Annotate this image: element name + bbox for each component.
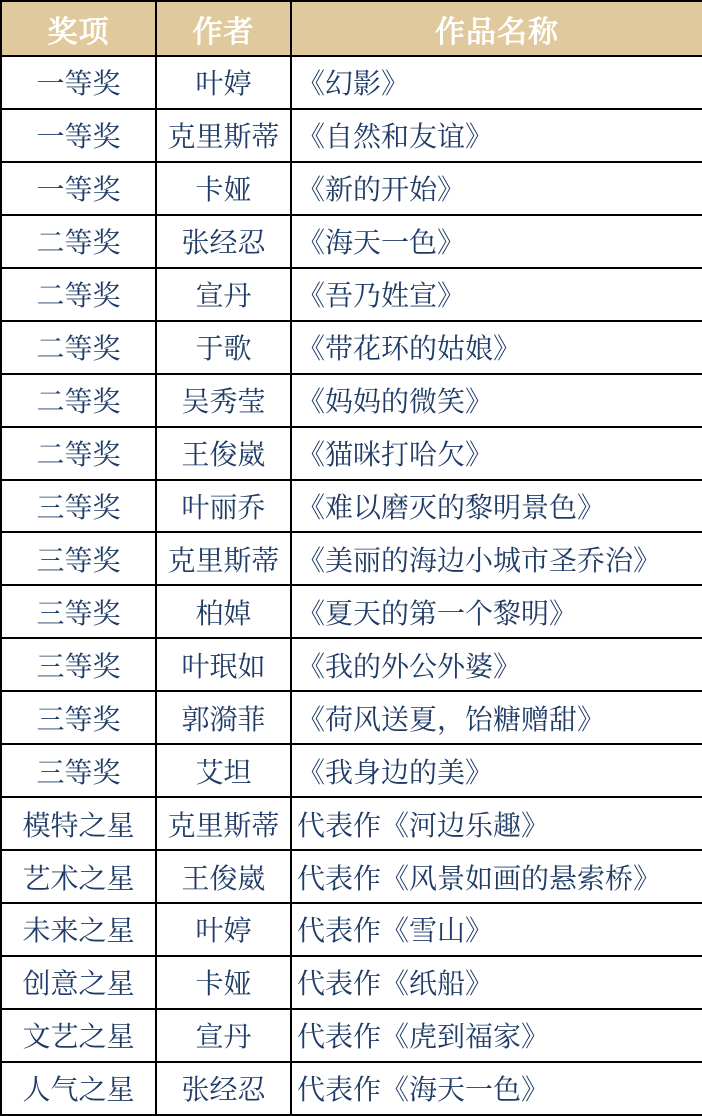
- work-cell: 代表作《河边乐趣》: [291, 797, 702, 850]
- table-row: 一等奖卡娅《新的开始》: [1, 162, 702, 215]
- author-cell: 克里斯蒂: [156, 797, 291, 850]
- document-page: 奖项 作者 作品名称 一等奖叶婷《幻影》一等奖克里斯蒂《自然和友谊》一等奖卡娅《…: [0, 0, 702, 1116]
- award-cell: 二等奖: [1, 215, 156, 268]
- header-cell-work: 作品名称: [291, 1, 702, 56]
- table-row: 二等奖于歌《带花环的姑娘》: [1, 321, 702, 374]
- award-cell: 文艺之星: [1, 1009, 156, 1062]
- award-cell: 三等奖: [1, 585, 156, 638]
- work-cell: 《美丽的海边小城市圣乔治》: [291, 532, 702, 585]
- work-cell: 《带花环的姑娘》: [291, 321, 702, 374]
- table-row: 创意之星卡娅代表作《纸船》: [1, 956, 702, 1009]
- table-row: 艺术之星王俊崴代表作《风景如画的悬索桥》: [1, 850, 702, 903]
- table-row: 三等奖克里斯蒂《美丽的海边小城市圣乔治》: [1, 532, 702, 585]
- author-cell: 柏婥: [156, 585, 291, 638]
- award-cell: 一等奖: [1, 162, 156, 215]
- award-cell: 二等奖: [1, 268, 156, 321]
- award-cell: 三等奖: [1, 532, 156, 585]
- author-cell: 张经忍: [156, 215, 291, 268]
- author-cell: 克里斯蒂: [156, 109, 291, 162]
- work-cell: 《荷风送夏，饴糖赠甜》: [291, 691, 702, 744]
- table-row: 三等奖叶珉如《我的外公外婆》: [1, 638, 702, 691]
- award-cell: 三等奖: [1, 638, 156, 691]
- work-cell: 代表作《雪山》: [291, 903, 702, 956]
- table-row: 一等奖叶婷《幻影》: [1, 56, 702, 109]
- author-cell: 卡娅: [156, 956, 291, 1009]
- header-row: 奖项 作者 作品名称: [1, 1, 702, 56]
- award-cell: 三等奖: [1, 744, 156, 797]
- author-cell: 卡娅: [156, 162, 291, 215]
- award-cell: 三等奖: [1, 480, 156, 533]
- work-cell: 《我身边的美》: [291, 744, 702, 797]
- table-row: 二等奖张经忍《海天一色》: [1, 215, 702, 268]
- table-row: 人气之星张经忍代表作《海天一色》: [1, 1062, 702, 1115]
- table-row: 二等奖吴秀莹《妈妈的微笑》: [1, 374, 702, 427]
- author-cell: 宣丹: [156, 268, 291, 321]
- awards-table: 奖项 作者 作品名称 一等奖叶婷《幻影》一等奖克里斯蒂《自然和友谊》一等奖卡娅《…: [0, 0, 702, 1116]
- table-row: 一等奖克里斯蒂《自然和友谊》: [1, 109, 702, 162]
- work-cell: 代表作《纸船》: [291, 956, 702, 1009]
- author-cell: 于歌: [156, 321, 291, 374]
- work-cell: 《幻影》: [291, 56, 702, 109]
- award-cell: 未来之星: [1, 903, 156, 956]
- author-cell: 叶婷: [156, 56, 291, 109]
- author-cell: 张经忍: [156, 1062, 291, 1115]
- award-cell: 一等奖: [1, 56, 156, 109]
- author-cell: 王俊崴: [156, 850, 291, 903]
- work-cell: 《难以磨灭的黎明景色》: [291, 480, 702, 533]
- header-cell-author: 作者: [156, 1, 291, 56]
- header-cell-award: 奖项: [1, 1, 156, 56]
- work-cell: 《海天一色》: [291, 215, 702, 268]
- work-cell: 《猫咪打哈欠》: [291, 427, 702, 480]
- author-cell: 王俊崴: [156, 427, 291, 480]
- work-cell: 《新的开始》: [291, 162, 702, 215]
- work-cell: 代表作《风景如画的悬索桥》: [291, 850, 702, 903]
- table-row: 三等奖柏婥《夏天的第一个黎明》: [1, 585, 702, 638]
- award-cell: 人气之星: [1, 1062, 156, 1115]
- award-cell: 创意之星: [1, 956, 156, 1009]
- work-cell: 《妈妈的微笑》: [291, 374, 702, 427]
- table-row: 二等奖王俊崴《猫咪打哈欠》: [1, 427, 702, 480]
- work-cell: 代表作《海天一色》: [291, 1062, 702, 1115]
- table-row: 三等奖郭漪菲《荷风送夏，饴糖赠甜》: [1, 691, 702, 744]
- author-cell: 叶丽乔: [156, 480, 291, 533]
- award-cell: 二等奖: [1, 321, 156, 374]
- table-row: 三等奖叶丽乔《难以磨灭的黎明景色》: [1, 480, 702, 533]
- table-row: 二等奖宣丹《吾乃姓宣》: [1, 268, 702, 321]
- award-cell: 艺术之星: [1, 850, 156, 903]
- work-cell: 《吾乃姓宣》: [291, 268, 702, 321]
- work-cell: 《夏天的第一个黎明》: [291, 585, 702, 638]
- author-cell: 叶婷: [156, 903, 291, 956]
- author-cell: 宣丹: [156, 1009, 291, 1062]
- table-body: 一等奖叶婷《幻影》一等奖克里斯蒂《自然和友谊》一等奖卡娅《新的开始》二等奖张经忍…: [1, 56, 702, 1115]
- table-header: 奖项 作者 作品名称: [1, 1, 702, 56]
- table-row: 未来之星叶婷代表作《雪山》: [1, 903, 702, 956]
- award-cell: 二等奖: [1, 374, 156, 427]
- work-cell: 《我的外公外婆》: [291, 638, 702, 691]
- table-row: 文艺之星宣丹代表作《虎到福家》: [1, 1009, 702, 1062]
- author-cell: 叶珉如: [156, 638, 291, 691]
- author-cell: 郭漪菲: [156, 691, 291, 744]
- author-cell: 艾坦: [156, 744, 291, 797]
- author-cell: 吴秀莹: [156, 374, 291, 427]
- award-cell: 一等奖: [1, 109, 156, 162]
- author-cell: 克里斯蒂: [156, 532, 291, 585]
- award-cell: 二等奖: [1, 427, 156, 480]
- table-row: 模特之星克里斯蒂代表作《河边乐趣》: [1, 797, 702, 850]
- award-cell: 三等奖: [1, 691, 156, 744]
- award-cell: 模特之星: [1, 797, 156, 850]
- work-cell: 代表作《虎到福家》: [291, 1009, 702, 1062]
- work-cell: 《自然和友谊》: [291, 109, 702, 162]
- table-row: 三等奖艾坦《我身边的美》: [1, 744, 702, 797]
